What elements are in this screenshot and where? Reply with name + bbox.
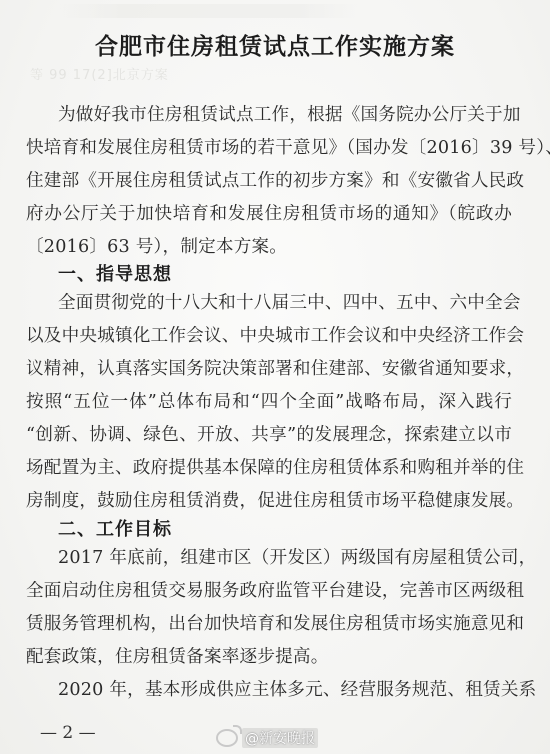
text-line: 房制度，鼓励住房租赁消费，促进住房租赁市场平稳健康发展。 (26, 490, 512, 512)
text-line: 按照“五位一体”总体布局和“四个全面”战略布局，深入践行 (26, 391, 512, 413)
text-line: 议精神，认真落实国务院决策部署和住建部、安徽省通知要求， (26, 358, 512, 380)
text-line: 配套政策，住房租赁备案率逐步提高。 (26, 646, 512, 668)
text-line: 为做好我市住房租赁试点工作，根据《国务院办公厅关于加 (58, 104, 512, 126)
document-page: 等 99 17(2]北京方案 合肥市住房租赁试点工作实施方案 为做好我市住房租赁… (0, 0, 550, 754)
section-heading: 一、指导思想 (58, 260, 172, 286)
text-line: 〔2016〕63 号），制定本方案。 (26, 236, 512, 258)
document-title: 合肥市住房租赁试点工作实施方案 (0, 28, 550, 61)
text-line: 住建部《开展住房租赁试点工作的初步方案》和《安徽省人民政 (26, 170, 512, 192)
text-line: 场配置为主、政府提供基本保障的住房租赁体系和购租并举的住 (26, 457, 512, 479)
text-line: 赁服务管理机构，出台加快培育和发展住房租赁市场实施意见和 (26, 613, 512, 635)
text-line: 全面启动住房租赁交易服务政府监管平台建设，完善市区两级租 (26, 580, 512, 602)
page-number: — 2 — (40, 723, 96, 743)
text-line: “创新、协调、绿色、开放、共享”的发展理念，探索建立以市 (26, 424, 512, 446)
text-line: 全面贯彻党的十八大和十八届三中、四中、五中、六中全会 (58, 292, 512, 314)
text-line: 快培育和发展住房租赁市场的若干意见》（国办发〔2016〕39 号）、 (26, 137, 512, 159)
bleed-through-marks (60, 4, 360, 18)
weibo-icon (216, 729, 238, 747)
watermark-text: @新安晚报 (242, 728, 318, 748)
text-line: 以及中央城镇化工作会议、中央城市工作会议和中央经济工作会 (26, 325, 512, 347)
text-line: 2020 年，基本形成供应主体多元、经营服务规范、租赁关系 (58, 679, 512, 701)
weibo-watermark: @新安晚报 (216, 728, 318, 748)
section-heading: 二、工作目标 (58, 515, 172, 541)
bleed-through-text: 等 99 17(2]北京方案 (30, 64, 169, 83)
text-line: 府办公厅关于加快培育和发展住房租赁市场的通知》（皖政办 (26, 203, 512, 225)
text-line: 2017 年底前，组建市区（开发区）两级国有房屋租赁公司， (58, 547, 512, 569)
